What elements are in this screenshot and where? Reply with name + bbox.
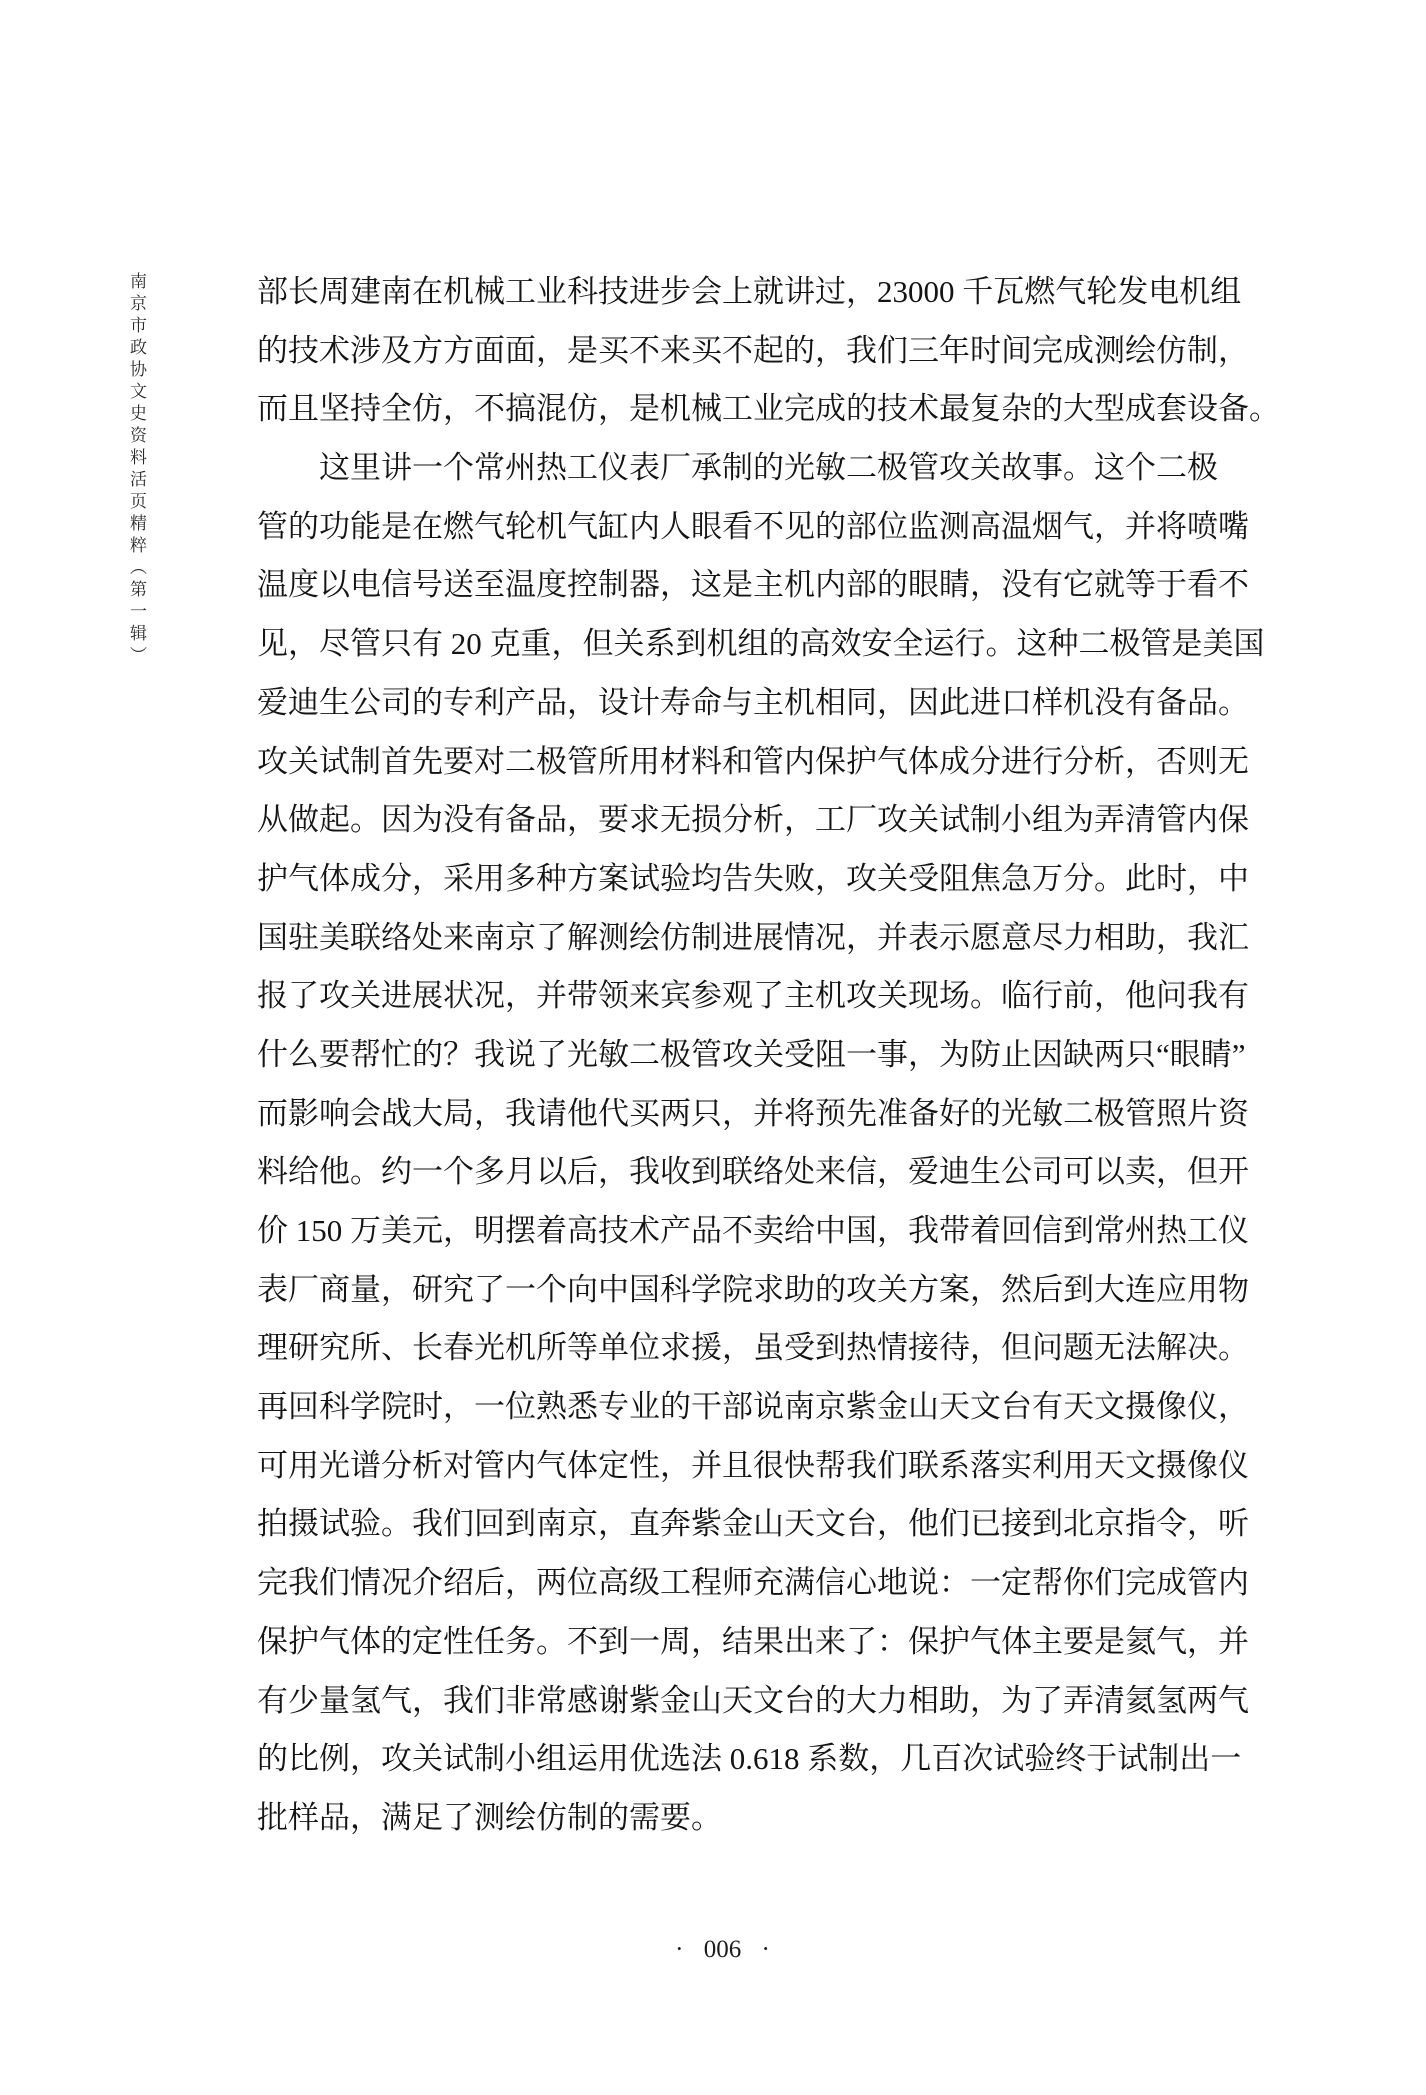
text-line: 完我们情况介绍后，两位高级工程师充满信心地说：一定帮你们完成管内 <box>257 1554 1188 1613</box>
text-line: 拍摄试验。我们回到南京，直奔紫金山天文台，他们已接到北京指令，听 <box>257 1495 1188 1554</box>
text-line: 而影响会战大局，我请他代买两只，并将预先准备好的光敏二极管照片资 <box>257 1085 1188 1144</box>
text-line: 攻关试制首先要对二极管所用材料和管内保护气体成分进行分析，否则无 <box>257 733 1188 792</box>
text-line: 部长周建南在机械工业科技进步会上就讲过，23000 千瓦燃气轮发电机组 <box>257 263 1188 322</box>
spine-title: 南京市政协文史资料活页精粹（第一辑） <box>124 272 149 692</box>
text-line: 批样品，满足了测绘仿制的需要。 <box>257 1789 1188 1848</box>
text-line: 这里讲一个常州热工仪表厂承制的光敏二极管攻关故事。这个二极 <box>257 439 1188 498</box>
text-line: 见，尽管只有 20 克重，但关系到机组的高效安全运行。这种二极管是美国 <box>257 615 1188 674</box>
book-page: 南京市政协文史资料活页精粹（第一辑） 部长周建南在机械工业科技进步会上就讲过，2… <box>0 0 1426 2095</box>
text-line: 再回科学院时，一位熟悉专业的干部说南京紫金山天文台有天文摄像仪， <box>257 1378 1188 1437</box>
body-text: 部长周建南在机械工业科技进步会上就讲过，23000 千瓦燃气轮发电机组的技术涉及… <box>257 263 1188 1848</box>
text-line: 温度以电信号送至温度控制器，这是主机内部的眼睛，没有它就等于看不 <box>257 556 1188 615</box>
text-line: 的比例，攻关试制小组运用优选法 0.618 系数，几百次试验终于试制出一 <box>257 1730 1188 1789</box>
text-line: 管的功能是在燃气轮机气缸内人眼看不见的部位监测高温烟气，并将喷嘴 <box>257 498 1188 557</box>
text-line: 表厂商量，研究了一个向中国科学院求助的攻关方案，然后到大连应用物 <box>257 1261 1188 1320</box>
text-line: 护气体成分，采用多种方案试验均告失败，攻关受阻焦急万分。此时，中 <box>257 850 1188 909</box>
page-number: · 006 · <box>257 1936 1188 1964</box>
text-line: 保护气体的定性任务。不到一周，结果出来了：保护气体主要是氦气，并 <box>257 1613 1188 1672</box>
text-line: 有少量氢气，我们非常感谢紫金山天文台的大力相助，为了弄清氦氢两气 <box>257 1672 1188 1731</box>
text-line: 的技术涉及方方面面，是买不来买不起的，我们三年时间完成测绘仿制， <box>257 322 1188 381</box>
text-line: 价 150 万美元，明摆着高技术产品不卖给中国，我带着回信到常州热工仪 <box>257 1202 1188 1261</box>
text-line: 什么要帮忙的？我说了光敏二极管攻关受阻一事，为防止因缺两只“眼睛” <box>257 1026 1188 1085</box>
text-line: 爱迪生公司的专利产品，设计寿命与主机相同，因此进口样机没有备品。 <box>257 674 1188 733</box>
text-line: 而且坚持全仿，不搞混仿，是机械工业完成的技术最复杂的大型成套设备。 <box>257 380 1188 439</box>
text-line: 从做起。因为没有备品，要求无损分析，工厂攻关试制小组为弄清管内保 <box>257 791 1188 850</box>
text-line: 可用光谱分析对管内气体定性，并且很快帮我们联系落实利用天文摄像仪 <box>257 1437 1188 1496</box>
text-line: 国驻美联络处来南京了解测绘仿制进展情况，并表示愿意尽力相助，我汇 <box>257 909 1188 968</box>
text-line: 理研究所、长春光机所等单位求援，虽受到热情接待，但问题无法解决。 <box>257 1319 1188 1378</box>
text-line: 报了攻关进展状况，并带领来宾参观了主机攻关现场。临行前，他问我有 <box>257 967 1188 1026</box>
text-line: 料给他。约一个多月以后，我收到联络处来信，爱迪生公司可以卖，但开 <box>257 1143 1188 1202</box>
